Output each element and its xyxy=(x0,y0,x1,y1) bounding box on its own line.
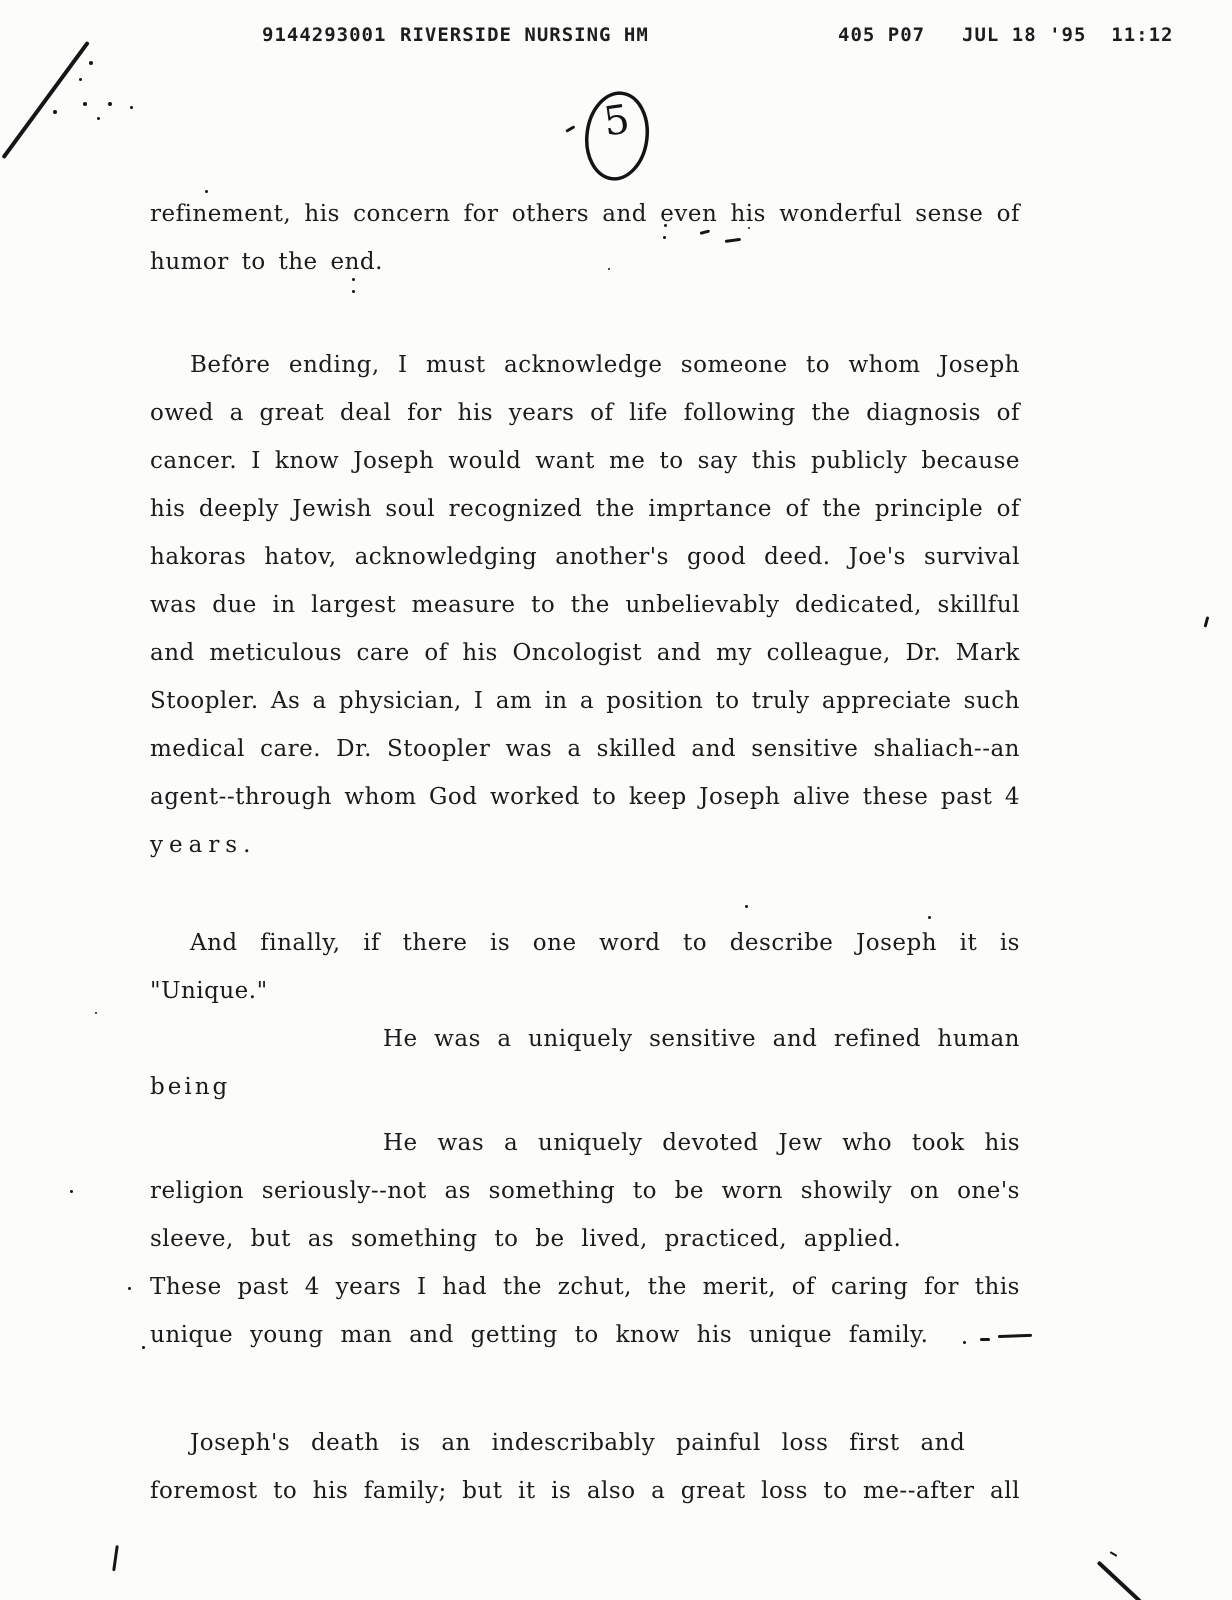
document-line: owed a great deal for his years of life … xyxy=(150,389,1020,437)
scan-speckle xyxy=(664,224,667,227)
document-line: And finally, if there is one word to des… xyxy=(150,919,1020,967)
scan-speckle xyxy=(928,916,931,919)
scan-speckle xyxy=(748,227,750,229)
document-line: and meticulous care of his Oncologist an… xyxy=(150,629,1020,677)
document-line: medical care. Dr. Stoopler was a skilled… xyxy=(150,725,1020,773)
document-body: refinement, his concern for others and e… xyxy=(150,190,1020,1515)
scan-speckle xyxy=(41,102,44,105)
document-line: sleeve, but as something to be lived, pr… xyxy=(150,1215,1020,1263)
scan-speckle xyxy=(97,117,100,120)
scan-speckle xyxy=(70,1190,73,1193)
fax-number: 9144293001 xyxy=(262,24,386,46)
scan-speckle xyxy=(237,357,240,360)
document-line: Stoopler. As a physician, I am in a posi… xyxy=(150,677,1020,725)
document-line: He was a uniquely devoted Jew who took h… xyxy=(150,1119,1020,1167)
scan-speckle xyxy=(608,268,610,270)
document-line: These past 4 years I had the zchut, the … xyxy=(150,1263,1020,1311)
handwritten-page-number: 5 xyxy=(578,86,656,184)
scan-speckle xyxy=(205,190,208,193)
scan-speckle xyxy=(142,1346,145,1349)
scan-speckle xyxy=(83,102,87,106)
scan-speckle xyxy=(53,110,57,114)
document-line: refinement, his concern for others and e… xyxy=(150,190,1020,238)
document-line: cancer. I know Joseph would want me to s… xyxy=(150,437,1020,485)
document-line: "Unique." xyxy=(150,967,1020,1015)
document-line: years. xyxy=(150,821,1020,869)
scan-speckle xyxy=(130,106,133,109)
document-line: He was a uniquely sensitive and refined … xyxy=(150,1015,1020,1063)
document-line: unique young man and getting to know his… xyxy=(150,1311,1020,1359)
document-line: humor to the end. xyxy=(150,238,1020,286)
scan-artifact-diagonal-line xyxy=(1,41,89,159)
scan-speckle xyxy=(663,236,666,239)
scanned-fax-page: 9144293001 RIVERSIDE NURSING HM 405 P07 … xyxy=(0,0,1232,1600)
scan-artifact-dash xyxy=(980,1338,990,1341)
scan-speckle xyxy=(352,290,355,293)
document-line: being xyxy=(150,1063,1020,1111)
document-line: foremost to his family; but it is also a… xyxy=(150,1467,1020,1515)
fax-sender-name: RIVERSIDE NURSING HM xyxy=(400,24,649,46)
scan-speckle xyxy=(565,125,575,133)
scan-speckle xyxy=(745,905,748,908)
scan-artifact-dash xyxy=(998,1334,1032,1338)
scan-speckle xyxy=(1110,1551,1118,1557)
scan-speckle xyxy=(108,102,112,106)
scan-artifact-tick xyxy=(112,1545,119,1571)
document-line: Before ending, I must acknowledge someon… xyxy=(150,341,1020,389)
document-line: Joseph's death is an indescribably painf… xyxy=(150,1419,1020,1467)
document-line: was due in largest measure to the unbeli… xyxy=(150,581,1020,629)
scan-speckle xyxy=(79,78,82,81)
document-line: hakoras hatov, acknowledging another's g… xyxy=(150,533,1020,581)
scan-speckle xyxy=(963,1341,966,1344)
scan-speckle xyxy=(352,278,355,281)
document-line: religion seriously--not as something to … xyxy=(150,1167,1020,1215)
scan-speckle xyxy=(95,1012,97,1014)
fax-header: 9144293001 RIVERSIDE NURSING HM 405 P07 … xyxy=(0,24,1232,54)
scan-speckle xyxy=(128,1287,131,1290)
fax-timestamp: JUL 18 '95 11:12 xyxy=(962,24,1173,46)
scan-artifact-diagonal-line xyxy=(1097,1561,1142,1600)
scan-speckle xyxy=(1204,616,1210,627)
fax-page-code: 405 P07 xyxy=(838,24,925,46)
scan-speckle xyxy=(89,61,93,65)
document-line: his deeply Jewish soul recognized the im… xyxy=(150,485,1020,533)
document-line: agent--through whom God worked to keep J… xyxy=(150,773,1020,821)
